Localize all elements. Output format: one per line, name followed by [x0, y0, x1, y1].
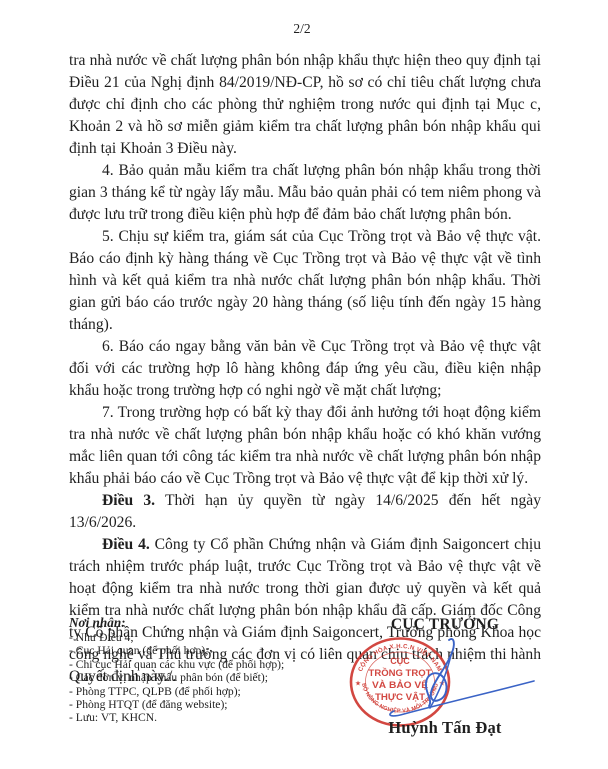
paragraph-text: tra nhà nước về chất lượng phân bón nhập… — [69, 52, 541, 157]
recipients-block: Nơi nhận: - Như Điều 4;- Cục Hải quan (đ… — [69, 615, 334, 725]
signer-name: Huỳnh Tấn Đạt — [330, 718, 560, 738]
paragraph-lead: Điều 3. — [102, 492, 155, 509]
paragraph-text: 6. Báo cáo ngay bằng văn bản về Cục Trồn… — [69, 338, 541, 399]
body-paragraph: 7. Trong trường hợp có bất kỳ thay đổi ả… — [69, 402, 541, 490]
signer-title: CỤC TRƯỞNG — [330, 615, 560, 634]
paragraph-text: 5. Chịu sự kiểm tra, giám sát của Cục Tr… — [69, 228, 541, 333]
body-paragraph: 5. Chịu sự kiểm tra, giám sát của Cục Tr… — [69, 226, 541, 336]
paragraph-text: 4. Bảo quản mẫu kiểm tra chất lượng phân… — [69, 162, 541, 223]
body-paragraph: Điều 3. Thời hạn ủy quyền từ ngày 14/6/2… — [69, 490, 541, 534]
recipients-list: - Như Điều 4;- Cục Hải quan (để phối hợp… — [69, 631, 334, 725]
recipient-item: - Cục Hải quan (để phối hợp); — [69, 644, 334, 657]
recipient-item: - Phòng HTQT (để đăng website); — [69, 698, 334, 711]
recipient-item: - Các đơn vị nhập khẩu phân bón (để biết… — [69, 671, 334, 684]
body-paragraph: 4. Bảo quản mẫu kiểm tra chất lượng phân… — [69, 160, 541, 226]
body-paragraph: tra nhà nước về chất lượng phân bón nhập… — [69, 50, 541, 160]
recipient-item: - Chi cục Hải quan các khu vực (để phối … — [69, 658, 334, 671]
document-body: tra nhà nước về chất lượng phân bón nhập… — [69, 50, 541, 688]
paragraph-lead: Điều 4. — [102, 536, 150, 553]
body-paragraph: 6. Báo cáo ngay bằng văn bản về Cục Trồn… — [69, 336, 541, 402]
signature-block: CỤC TRƯỞNG Huỳnh Tấn Đạt — [330, 615, 560, 738]
paragraph-text: 7. Trong trường hợp có bất kỳ thay đổi ả… — [69, 404, 541, 487]
recipient-item: - Như Điều 4; — [69, 631, 334, 644]
recipients-heading: Nơi nhận: — [69, 615, 334, 631]
document-page: 2/2 tra nhà nước về chất lượng phân bón … — [0, 0, 608, 769]
recipient-item: - Lưu: VT, KHCN. — [69, 711, 334, 724]
page-number: 2/2 — [0, 21, 604, 37]
recipient-item: - Phòng TTPC, QLPB (để phối hợp); — [69, 685, 334, 698]
